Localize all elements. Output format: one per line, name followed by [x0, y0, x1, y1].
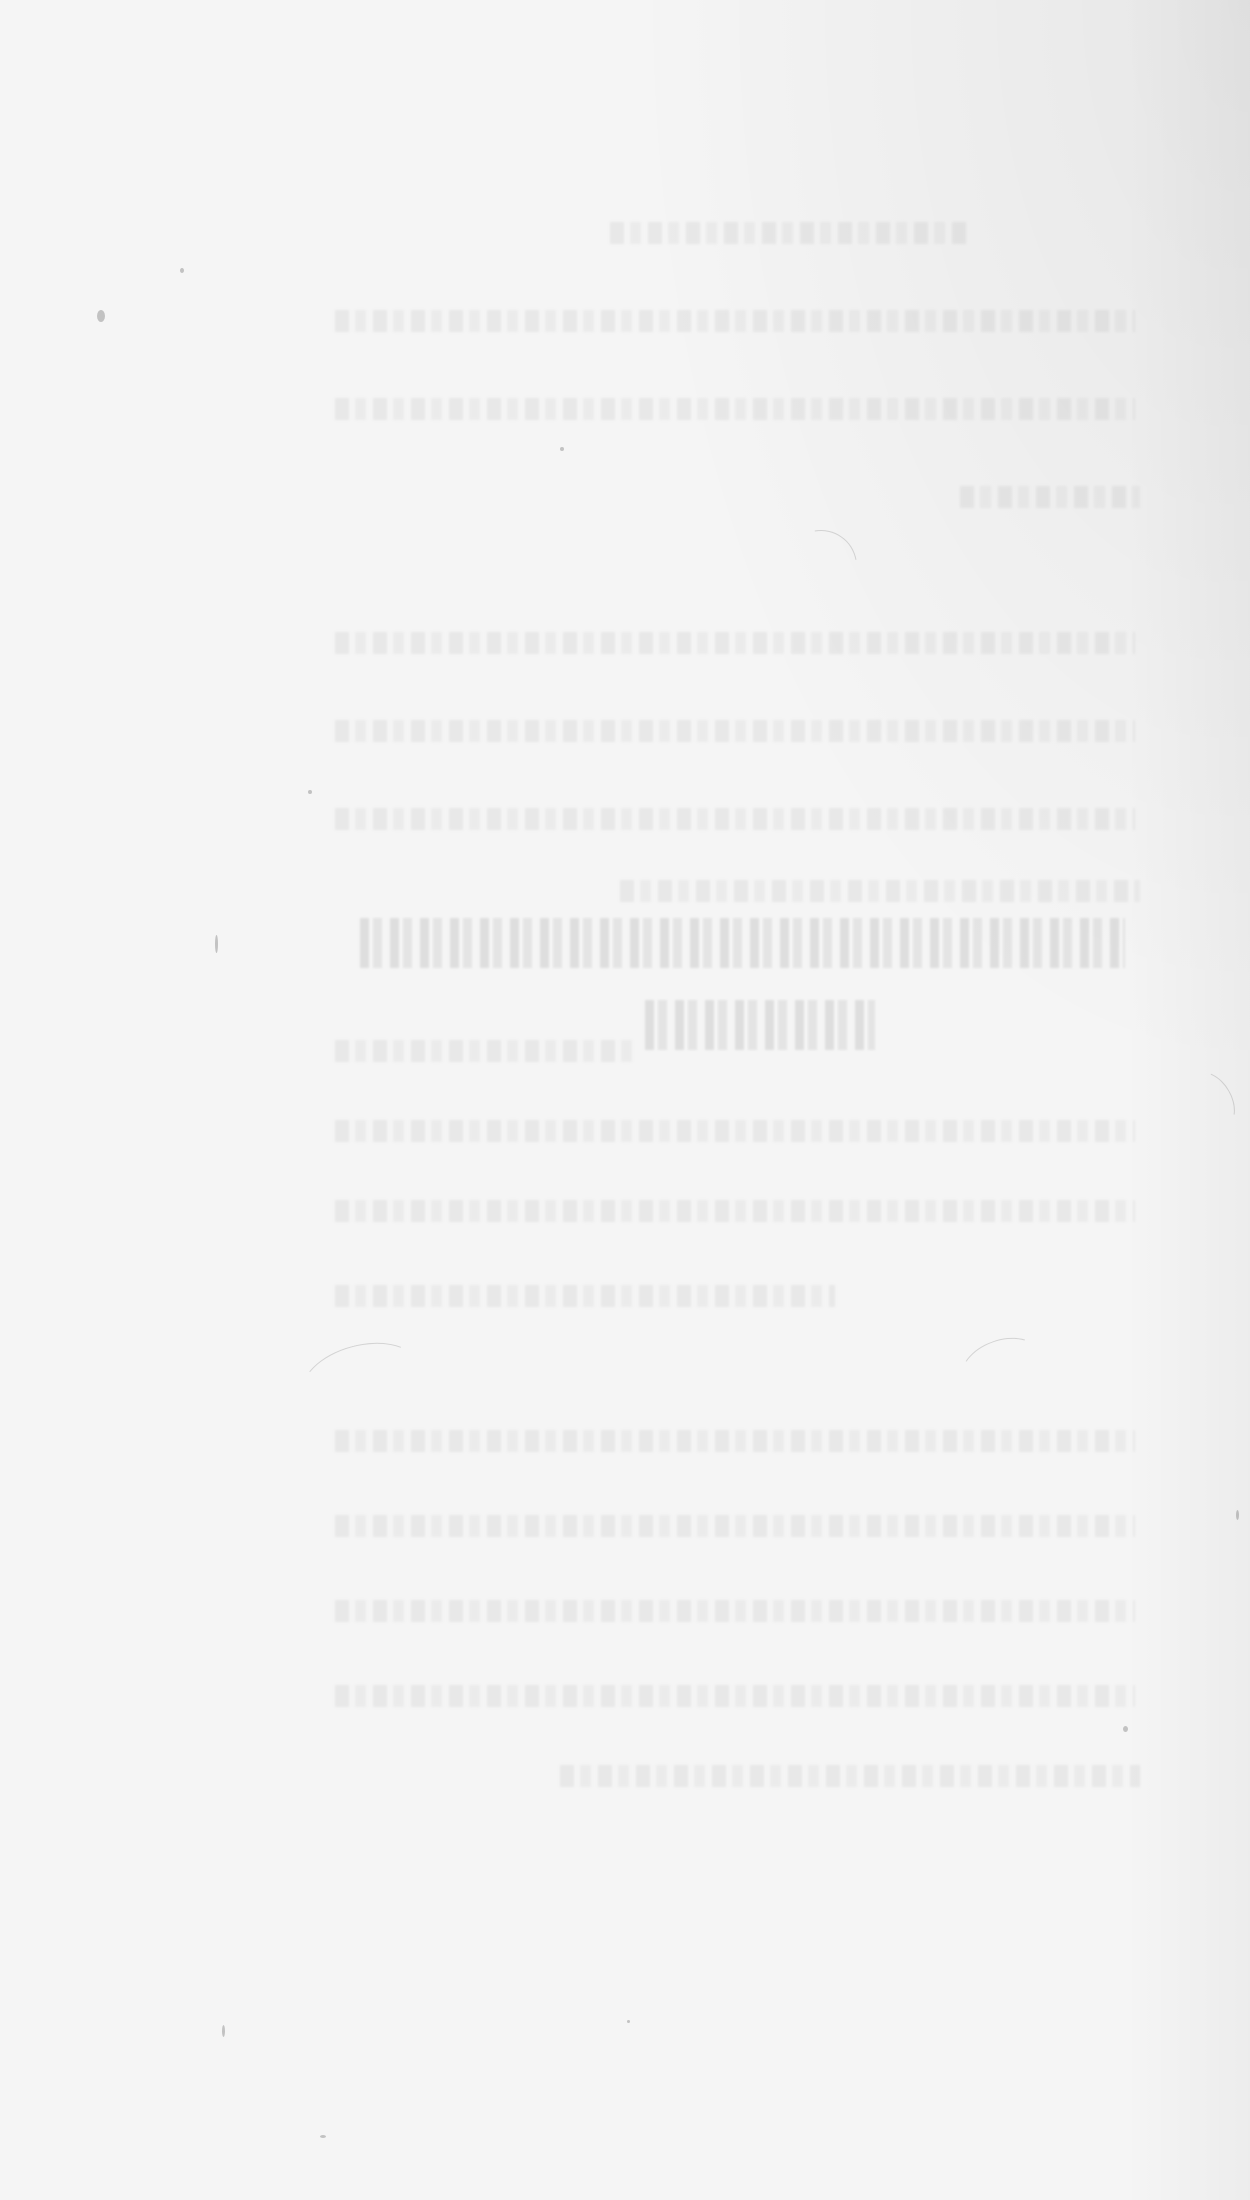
paper-speck — [1236, 1510, 1239, 1520]
paper-speck — [627, 2020, 630, 2023]
paper-speck — [1123, 1726, 1128, 1732]
paper-speck — [215, 935, 218, 953]
paper-speck — [320, 2135, 326, 2138]
paper-speck — [308, 790, 312, 794]
paper-speck — [222, 2025, 225, 2037]
paper-fiber — [954, 1328, 1049, 1405]
paper-speck — [180, 268, 184, 273]
paper-fiber — [293, 1330, 429, 1431]
paper-speck — [560, 447, 564, 451]
paper-fiber — [771, 516, 871, 616]
scanned-page — [0, 0, 1250, 2200]
paper-speck — [97, 310, 105, 322]
paper-fiber — [1177, 1064, 1244, 1139]
